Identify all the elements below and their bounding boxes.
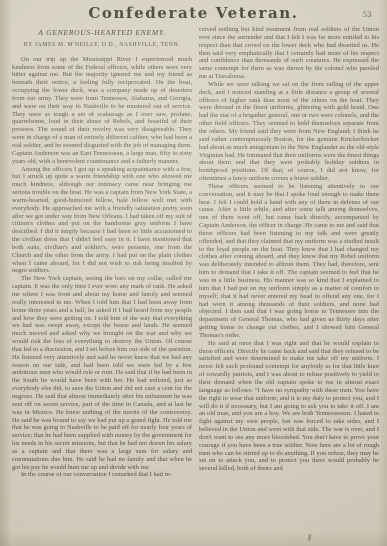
paragraph: In the course of our conversation I rema…	[12, 471, 192, 479]
article-title: A GENEROUS-HEARTED ENEMY.	[12, 29, 192, 37]
magazine-page: { "colors": { "paper": "#d7d2c2", "ink":…	[0, 0, 387, 546]
left-column-text: On our trip up the Mississippi River I e…	[12, 56, 192, 480]
page-number: 53	[363, 10, 372, 19]
paragraph: While we were talking we sat on the fron…	[199, 81, 379, 183]
paragraph: The New York captain, seeing the bars on…	[12, 275, 192, 471]
left-column: A GENEROUS-HEARTED ENEMY. BY JAMES M. M'…	[12, 26, 192, 544]
paragraph: He said at once that I was right and tha…	[199, 340, 379, 473]
page-header: Confederate Veteran. 53	[0, 0, 387, 26]
paragraph: These officers seemed to be listening at…	[199, 183, 379, 340]
article-columns: A GENEROUS-HEARTED ENEMY. BY JAMES M. M'…	[0, 26, 387, 544]
right-column: ceived nothing but kind treatment from r…	[199, 26, 379, 544]
masthead-title: Confederate Veteran.	[0, 4, 387, 22]
article-byline: BY JAMES M. M'NEILLY, D.D., NASHVILLE, T…	[12, 42, 192, 50]
paragraph: ceived nothing but kind treatment from r…	[199, 26, 379, 81]
paragraph: Among the officers I got up a speaking a…	[12, 166, 192, 276]
article-header: A GENEROUS-HEARTED ENEMY. BY JAMES M. M'…	[12, 26, 192, 56]
paragraph: On our trip up the Mississippi River I e…	[12, 56, 192, 166]
